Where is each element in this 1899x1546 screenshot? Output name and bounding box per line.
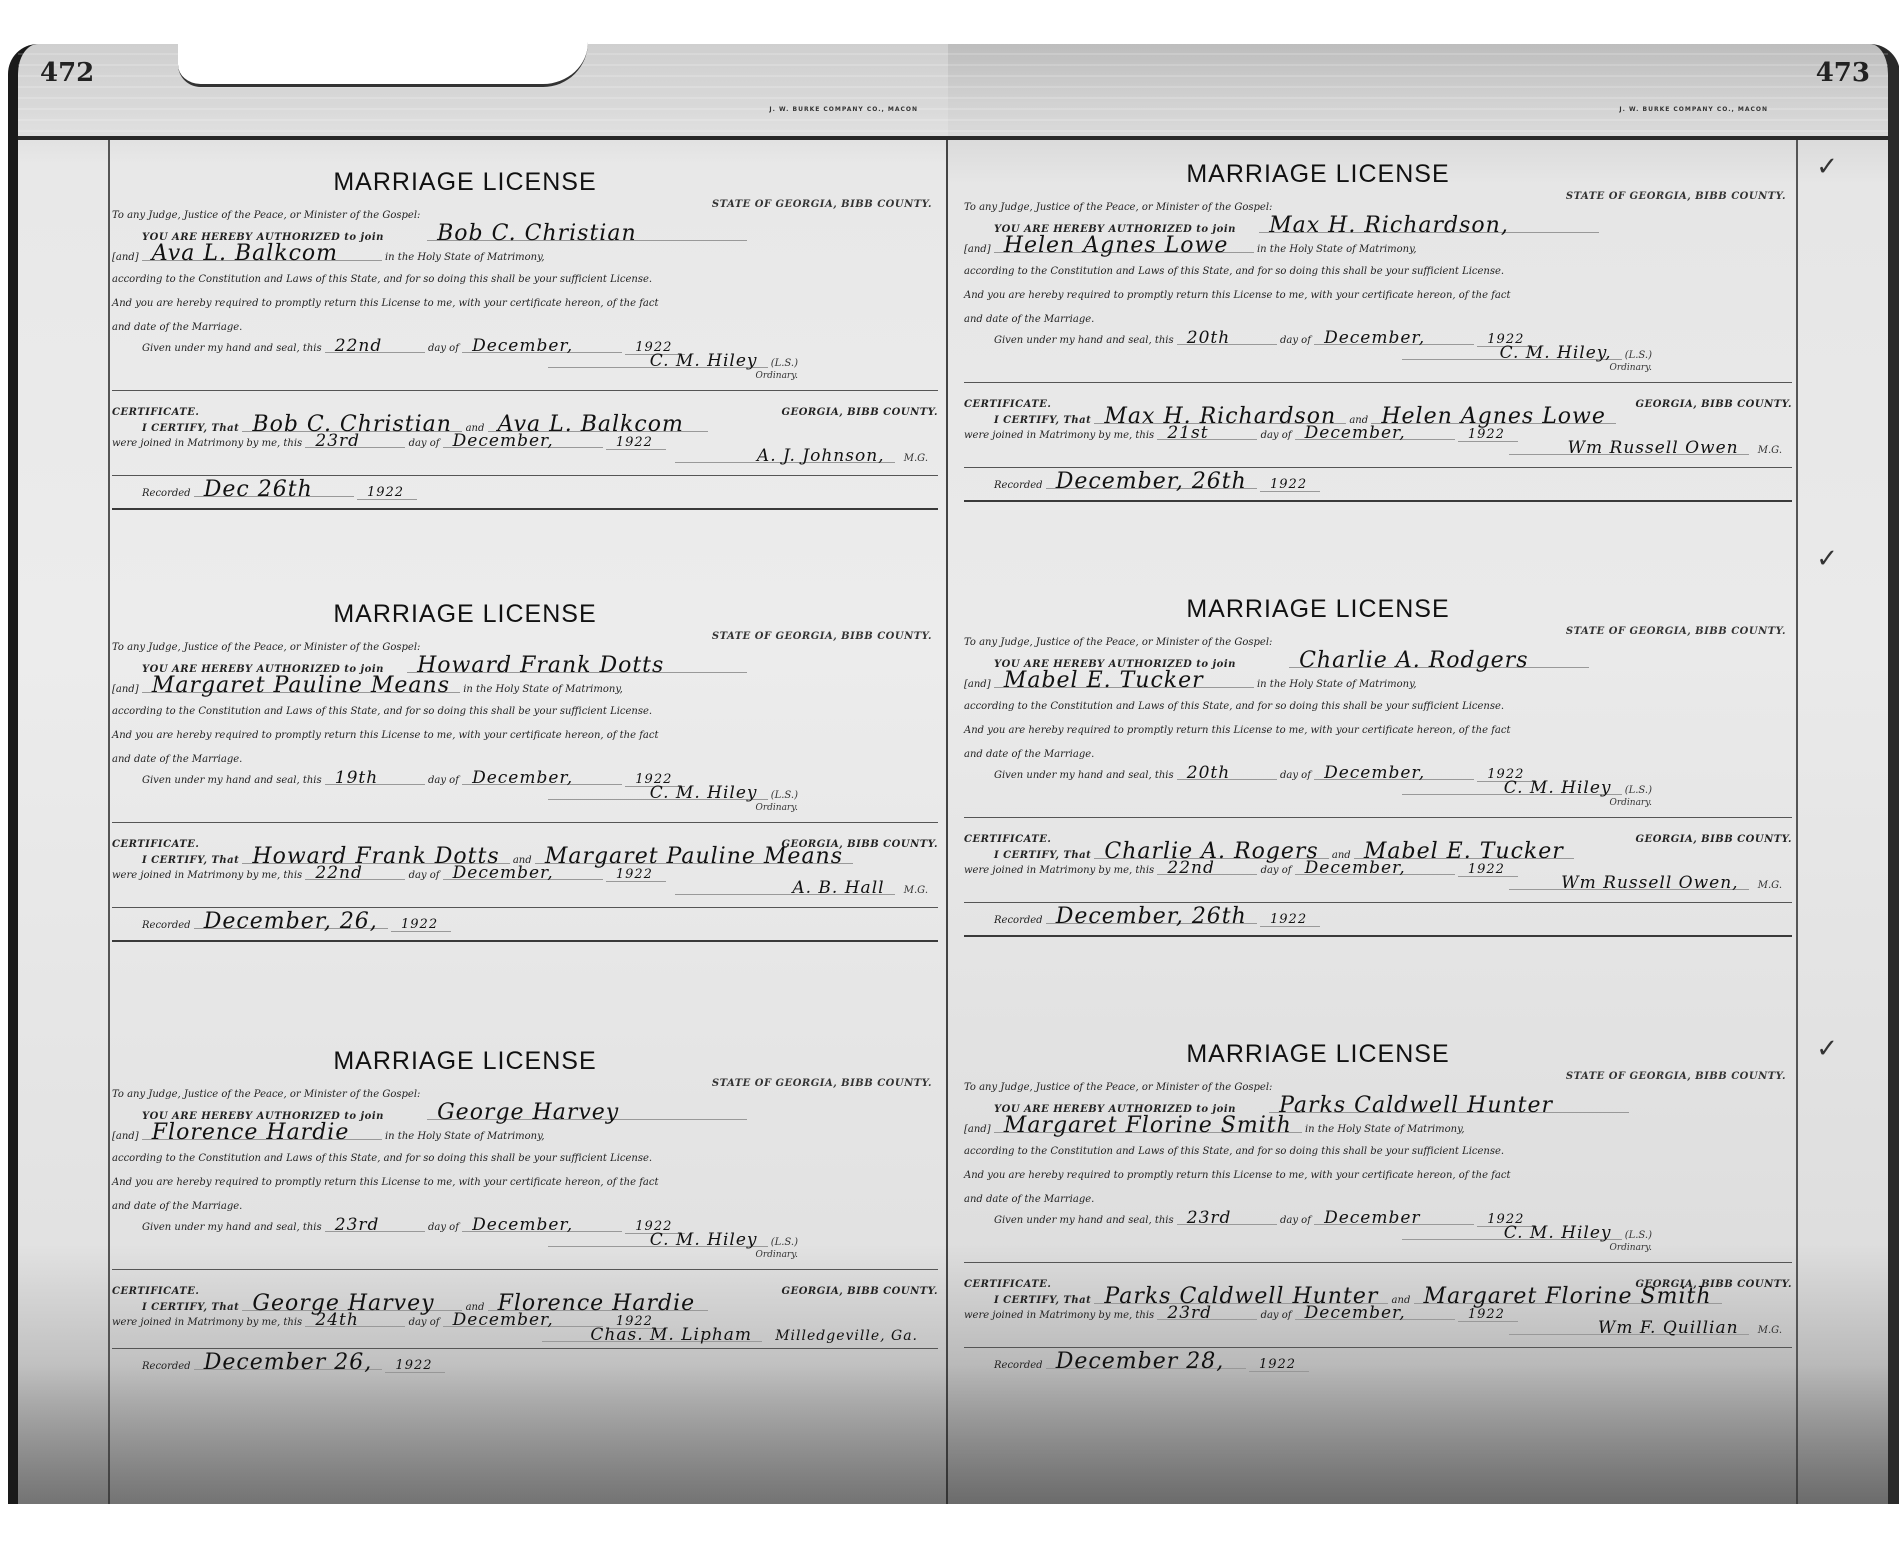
recorded-line: Recorded December, 26, 1922 [112, 916, 938, 932]
check-mark-icon: ✓ [1816, 544, 1838, 574]
given-line: Given under my hand and seal, this 22nd … [112, 340, 938, 355]
ledger-book: 472 J. W. BURKE COMPANY CO., MACON MARRI… [8, 44, 1888, 1504]
date-marriage-text: and date of the Marriage. [964, 749, 1792, 761]
certificate-state: GEORGIA, BIBB COUNTY. [782, 407, 938, 419]
ordinary-signature-line: C. M. Hiley, (L.S.) Ordinary. [964, 347, 1792, 374]
ordinary-label: Ordinary. [82, 1249, 798, 1261]
state-header: STATE OF GEORGIA, BIBB COUNTY. [112, 199, 938, 210]
day-of-label: day of [409, 1317, 440, 1328]
return-text: And you are hereby required to promptly … [964, 1170, 1792, 1182]
license-day: 23rd [325, 1219, 425, 1232]
bride-name: Helen Agnes Lowe [994, 240, 1254, 253]
license-day: 20th [1177, 332, 1277, 345]
section-divider [964, 817, 1792, 818]
recorded-label: Recorded [142, 488, 191, 499]
torn-corner [178, 42, 588, 87]
recorded-year: 1922 [1260, 479, 1320, 492]
date-marriage-text: and date of the Marriage. [112, 1201, 938, 1213]
state-header: STATE OF GEORGIA, BIBB COUNTY. [112, 1078, 938, 1089]
officiant-signature: Chas. M. Lipham [542, 1329, 762, 1342]
page-472: 472 J. W. BURKE COMPANY CO., MACON MARRI… [8, 44, 958, 1504]
return-text: And you are hereby required to promptly … [112, 730, 938, 742]
recorded-year: 1922 [385, 1360, 445, 1373]
date-marriage-text: and date of the Marriage. [964, 1194, 1792, 1206]
printer-imprint: J. W. BURKE COMPANY CO., MACON [1619, 106, 1768, 113]
officiant-signature: A. J. Johnson, [675, 450, 895, 463]
certificate-state: GEORGIA, BIBB COUNTY. [1636, 399, 1792, 411]
page-content: MARRIAGE LICENSE STATE OF GEORGIA, BIBB … [112, 140, 938, 1504]
printer-imprint: J. W. BURKE COMPANY CO., MACON [769, 106, 918, 113]
recorded-line: Recorded December, 26th 1922 [964, 911, 1792, 927]
ls-mark: (L.S.) [1625, 350, 1652, 361]
ordinary-signature: C. M. Hiley [548, 1234, 768, 1247]
constitution-text: according to the Constitution and Laws o… [112, 274, 938, 286]
state-header: STATE OF GEORGIA, BIBB COUNTY. [112, 631, 938, 642]
bride-line: [and] Helen Agnes Lowe in the Holy State… [964, 240, 1792, 256]
ordinary-label: Ordinary. [934, 797, 1652, 809]
ls-mark: (L.S.) [771, 790, 798, 801]
state-header: STATE OF GEORGIA, BIBB COUNTY. [964, 1071, 1792, 1082]
given-line: Given under my hand and seal, this 19th … [112, 772, 938, 787]
cert-bride: Margaret Florine Smith [1414, 1291, 1722, 1304]
section-divider [964, 467, 1792, 468]
day-of-label: day of [428, 343, 459, 354]
page-number: 473 [1816, 58, 1870, 88]
state-header: STATE OF GEORGIA, BIBB COUNTY. [964, 191, 1792, 202]
page-content: MARRIAGE LICENSE STATE OF GEORGIA, BIBB … [964, 140, 1792, 1504]
section-divider [112, 907, 938, 908]
recorded-label: Recorded [994, 915, 1043, 926]
license-day: 23rd [1177, 1212, 1277, 1225]
ordinary-signature: C. M. Hiley [548, 355, 768, 368]
ordinary-signature: C. M. Hiley [1402, 1227, 1622, 1240]
holy-state-text: in the Holy State of Matrimony, [385, 1131, 545, 1142]
ordinary-signature-line: C. M. Hiley (L.S.) Ordinary. [964, 782, 1792, 809]
constitution-text: according to the Constitution and Laws o… [964, 701, 1792, 713]
margin-rule [1796, 140, 1798, 1504]
certify-label: I CERTIFY, That [994, 1295, 1091, 1306]
license-entry: MARRIAGE LICENSE STATE OF GEORGIA, BIBB … [964, 585, 1792, 937]
joined-label: were joined in Matrimony by me, this [112, 870, 302, 881]
bride-line: [and] Margaret Florine Smith in the Holy… [964, 1120, 1792, 1136]
constitution-text: according to the Constitution and Laws o… [112, 1153, 938, 1165]
ls-mark: (L.S.) [1625, 785, 1652, 796]
bride-line: [and] Mabel E. Tucker in the Holy State … [964, 675, 1792, 691]
given-line: Given under my hand and seal, this 20th … [964, 767, 1792, 782]
entry-divider [964, 500, 1792, 502]
joined-label: were joined in Matrimony by me, this [112, 1317, 302, 1328]
ordinary-signature-line: C. M. Hiley (L.S.) Ordinary. [964, 1227, 1792, 1254]
marriage-year: 1922 [606, 869, 666, 882]
cert-bride: Margaret Pauline Means [535, 851, 853, 864]
return-text: And you are hereby required to promptly … [964, 725, 1792, 737]
date-marriage-text: and date of the Marriage. [112, 322, 938, 334]
groom-name: Bob C. Christian [427, 228, 747, 241]
certificate-label: CERTIFICATE. [112, 407, 199, 418]
officiant-line: Wm F. Quillian M.G. [964, 1322, 1792, 1337]
recorded-label: Recorded [994, 480, 1043, 491]
license-entry: MARRIAGE LICENSE STATE OF GEORGIA, BIBB … [112, 140, 938, 510]
constitution-text: according to the Constitution and Laws o… [112, 706, 938, 718]
given-label: Given under my hand and seal, this [994, 1215, 1174, 1226]
recorded-year: 1922 [1260, 914, 1320, 927]
recorded-label: Recorded [994, 1360, 1043, 1371]
day-of-label: day of [428, 1222, 459, 1233]
officiant-signature: Wm Russell Owen, [1509, 877, 1749, 890]
license-entry: MARRIAGE LICENSE STATE OF GEORGIA, BIBB … [112, 1035, 938, 1373]
date-marriage-text: and date of the Marriage. [964, 314, 1792, 326]
mg-label: M.G. [1758, 445, 1782, 456]
and-label: [and] [112, 684, 139, 695]
day-of-label: day of [1261, 1310, 1292, 1321]
bride-line: [and] Florence Hardie in the Holy State … [112, 1127, 938, 1143]
bride-name: Mabel E. Tucker [994, 675, 1254, 688]
groom-name: Max H. Richardson, [1259, 220, 1599, 233]
license-entry: MARRIAGE LICENSE STATE OF GEORGIA, BIBB … [964, 140, 1792, 502]
ordinary-label: Ordinary. [82, 802, 798, 814]
state-header: STATE OF GEORGIA, BIBB COUNTY. [964, 626, 1792, 637]
groom-name: George Harvey [427, 1107, 747, 1120]
joined-label: were joined in Matrimony by me, this [964, 430, 1154, 441]
groom-name: Parks Caldwell Hunter [1269, 1100, 1629, 1113]
officiant-line: A. J. Johnson, M.G. [112, 450, 938, 465]
marriage-year: 1922 [1458, 1309, 1518, 1322]
recorded-label: Recorded [142, 920, 191, 931]
given-label: Given under my hand and seal, this [142, 1222, 322, 1233]
license-month: December, [462, 1219, 622, 1232]
recorded-line: Recorded Dec 26th 1922 [112, 484, 938, 500]
marriage-month: December, [443, 435, 603, 448]
marriage-day: 22nd [1157, 862, 1257, 875]
and-label: [and] [964, 679, 991, 690]
mg-label: M.G. [1758, 1325, 1782, 1336]
recorded-date: December 28, [1046, 1356, 1246, 1369]
day-of-label: day of [428, 775, 459, 786]
marriage-day: 24th [305, 1314, 405, 1327]
day-of-label: day of [409, 870, 440, 881]
certificate-label: CERTIFICATE. [964, 1279, 1051, 1290]
and-label: [and] [112, 1131, 139, 1142]
recorded-date: Dec 26th [194, 484, 354, 497]
return-text: And you are hereby required to promptly … [964, 290, 1792, 302]
marriage-year: 1922 [1458, 864, 1518, 877]
holy-state-text: in the Holy State of Matrimony, [463, 684, 623, 695]
mg-label: M.G. [1758, 880, 1782, 891]
license-title: MARRIAGE LICENSE [112, 600, 938, 629]
marriage-month: December, [1295, 427, 1455, 440]
officiant-line: Wm Russell Owen, M.G. [964, 877, 1792, 892]
recorded-label: Recorded [142, 1361, 191, 1372]
day-of-label: day of [1280, 770, 1311, 781]
groom-name: Howard Frank Dotts [407, 660, 747, 673]
certificate-header: CERTIFICATE. GEORGIA, BIBB COUNTY. [964, 399, 1792, 411]
recorded-date: December, 26, [194, 916, 388, 929]
given-line: Given under my hand and seal, this 20th … [964, 332, 1792, 347]
day-of-label: day of [1261, 430, 1292, 441]
license-month: December, [462, 340, 622, 353]
officiant-location: Milledgeville, Ga. [765, 1330, 928, 1342]
holy-state-text: in the Holy State of Matrimony, [1257, 244, 1417, 255]
mg-label: M.G. [904, 885, 928, 896]
certificate-label: CERTIFICATE. [964, 834, 1051, 845]
margin-rule [108, 140, 110, 1504]
and-label: [and] [112, 252, 139, 263]
page-number: 472 [40, 58, 94, 88]
return-text: And you are hereby required to promptly … [112, 1177, 938, 1189]
marriage-day: 23rd [305, 435, 405, 448]
constitution-text: according to the Constitution and Laws o… [964, 1146, 1792, 1158]
certify-label: I CERTIFY, That [994, 415, 1091, 426]
joined-label: were joined in Matrimony by me, this [964, 865, 1154, 876]
license-entry: MARRIAGE LICENSE STATE OF GEORGIA, BIBB … [964, 1030, 1792, 1372]
recorded-date: December 26, [194, 1357, 382, 1370]
given-label: Given under my hand and seal, this [142, 775, 322, 786]
and-label: [and] [964, 1124, 991, 1135]
day-of-label: day of [1280, 335, 1311, 346]
date-marriage-text: and date of the Marriage. [112, 754, 938, 766]
license-title: MARRIAGE LICENSE [964, 1040, 1792, 1069]
ordinary-signature: C. M. Hiley [1402, 782, 1622, 795]
ls-mark: (L.S.) [771, 1237, 798, 1248]
ordinary-signature-line: C. M. Hiley (L.S.) Ordinary. [112, 787, 938, 814]
recorded-year: 1922 [357, 487, 417, 500]
cert-bride: Helen Agnes Lowe [1371, 411, 1616, 424]
bride-line: [and] Margaret Pauline Means in the Holy… [112, 680, 938, 696]
license-title: MARRIAGE LICENSE [112, 1047, 938, 1076]
groom-name: Charlie A. Rodgers [1289, 655, 1589, 668]
given-line: Given under my hand and seal, this 23rd … [112, 1219, 938, 1234]
officiant-line: A. B. Hall M.G. [112, 882, 938, 897]
officiant-line: Wm Russell Owen M.G. [964, 442, 1792, 457]
ls-mark: (L.S.) [1625, 1230, 1652, 1241]
section-divider [112, 475, 938, 476]
bride-name: Ava L. Balkcom [142, 248, 382, 261]
certificate-label: CERTIFICATE. [964, 399, 1051, 410]
entry-divider [112, 508, 938, 510]
section-divider [964, 382, 1792, 383]
officiant-line: Chas. M. Lipham Milledgeville, Ga. [112, 1329, 938, 1344]
mg-label: M.G. [904, 453, 928, 464]
section-divider [964, 1262, 1792, 1263]
constitution-text: according to the Constitution and Laws o… [964, 266, 1792, 278]
certificate-state: GEORGIA, BIBB COUNTY. [1636, 834, 1792, 846]
license-month: December, [1314, 332, 1474, 345]
marriage-month: December, [443, 867, 603, 880]
entry-divider [112, 940, 938, 942]
recorded-year: 1922 [391, 919, 451, 932]
and-label: [and] [964, 244, 991, 255]
holy-state-text: in the Holy State of Matrimony, [1305, 1124, 1465, 1135]
ordinary-signature: C. M. Hiley, [1402, 347, 1622, 360]
ordinary-label: Ordinary. [934, 1242, 1652, 1254]
given-label: Given under my hand and seal, this [994, 335, 1174, 346]
day-of-label: day of [1261, 865, 1292, 876]
joined-line: were joined in Matrimony by me, this 24t… [112, 1314, 938, 1329]
section-divider [112, 1269, 938, 1270]
license-title: MARRIAGE LICENSE [112, 168, 938, 197]
license-month: December, [1314, 767, 1474, 780]
certificate-label: CERTIFICATE. [112, 1286, 199, 1297]
ordinary-signature: C. M. Hiley [548, 787, 768, 800]
check-mark-icon: ✓ [1816, 1034, 1838, 1064]
certify-label: I CERTIFY, That [142, 855, 239, 866]
bride-line: [and] Ava L. Balkcom in the Holy State o… [112, 248, 938, 264]
ordinary-signature-line: C. M. Hiley (L.S.) Ordinary. [112, 1234, 938, 1261]
marriage-day: 23rd [1157, 1307, 1257, 1320]
ordinary-label: Ordinary. [82, 370, 798, 382]
day-of-label: day of [409, 438, 440, 449]
recorded-line: Recorded December 28, 1922 [964, 1356, 1792, 1372]
officiant-signature: Wm F. Quillian [1509, 1322, 1749, 1335]
certificate-label: CERTIFICATE. [112, 839, 199, 850]
holy-state-text: in the Holy State of Matrimony, [1257, 679, 1417, 690]
license-day: 22nd [325, 340, 425, 353]
ordinary-label: Ordinary. [934, 362, 1652, 374]
marriage-month: December, [1295, 1307, 1455, 1320]
recorded-year: 1922 [1249, 1359, 1309, 1372]
officiant-signature: Wm Russell Owen [1509, 442, 1749, 455]
section-divider [112, 822, 938, 823]
marriage-day: 22nd [305, 867, 405, 880]
recorded-date: December, 26th [1046, 476, 1257, 489]
section-divider [964, 1347, 1792, 1348]
certify-label: I CERTIFY, That [142, 423, 239, 434]
section-divider [112, 1348, 938, 1349]
certify-label: I CERTIFY, That [142, 1302, 239, 1313]
license-title: MARRIAGE LICENSE [964, 160, 1792, 189]
day-of-label: day of [1280, 1215, 1311, 1226]
license-title: MARRIAGE LICENSE [964, 595, 1792, 624]
recorded-line: Recorded December, 26th 1922 [964, 476, 1792, 492]
license-month: December, [462, 772, 622, 785]
joined-label: were joined in Matrimony by me, this [964, 1310, 1154, 1321]
page-header-band [948, 44, 1888, 140]
return-text: And you are hereby required to promptly … [112, 298, 938, 310]
certificate-state: GEORGIA, BIBB COUNTY. [782, 1286, 938, 1298]
given-line: Given under my hand and seal, this 23rd … [964, 1212, 1792, 1227]
ordinary-signature-line: C. M. Hiley (L.S.) Ordinary. [112, 355, 938, 382]
bride-name: Florence Hardie [142, 1127, 382, 1140]
marriage-month: December, [443, 1314, 603, 1327]
check-mark-icon: ✓ [1816, 152, 1838, 182]
officiant-signature: A. B. Hall [675, 882, 895, 895]
section-divider [964, 902, 1792, 903]
ls-mark: (L.S.) [771, 358, 798, 369]
license-entry: MARRIAGE LICENSE STATE OF GEORGIA, BIBB … [112, 590, 938, 942]
recorded-line: Recorded December 26, 1922 [112, 1357, 938, 1373]
marriage-year: 1922 [1458, 429, 1518, 442]
bride-name: Margaret Florine Smith [994, 1120, 1302, 1133]
license-month: December [1314, 1212, 1474, 1225]
page-473: 473 J. W. BURKE COMPANY CO., MACON ✓ ✓ ✓… [948, 44, 1899, 1504]
license-day: 19th [325, 772, 425, 785]
recorded-date: December, 26th [1046, 911, 1257, 924]
joined-label: were joined in Matrimony by me, this [112, 438, 302, 449]
section-divider [112, 390, 938, 391]
holy-state-text: in the Holy State of Matrimony, [385, 252, 545, 263]
given-label: Given under my hand and seal, this [142, 343, 322, 354]
bride-name: Margaret Pauline Means [142, 680, 460, 693]
marriage-month: December, [1295, 862, 1455, 875]
entry-divider [964, 935, 1792, 937]
marriage-day: 21st [1157, 427, 1257, 440]
marriage-year: 1922 [606, 437, 666, 450]
license-day: 20th [1177, 767, 1277, 780]
given-label: Given under my hand and seal, this [994, 770, 1174, 781]
certify-label: I CERTIFY, That [994, 850, 1091, 861]
